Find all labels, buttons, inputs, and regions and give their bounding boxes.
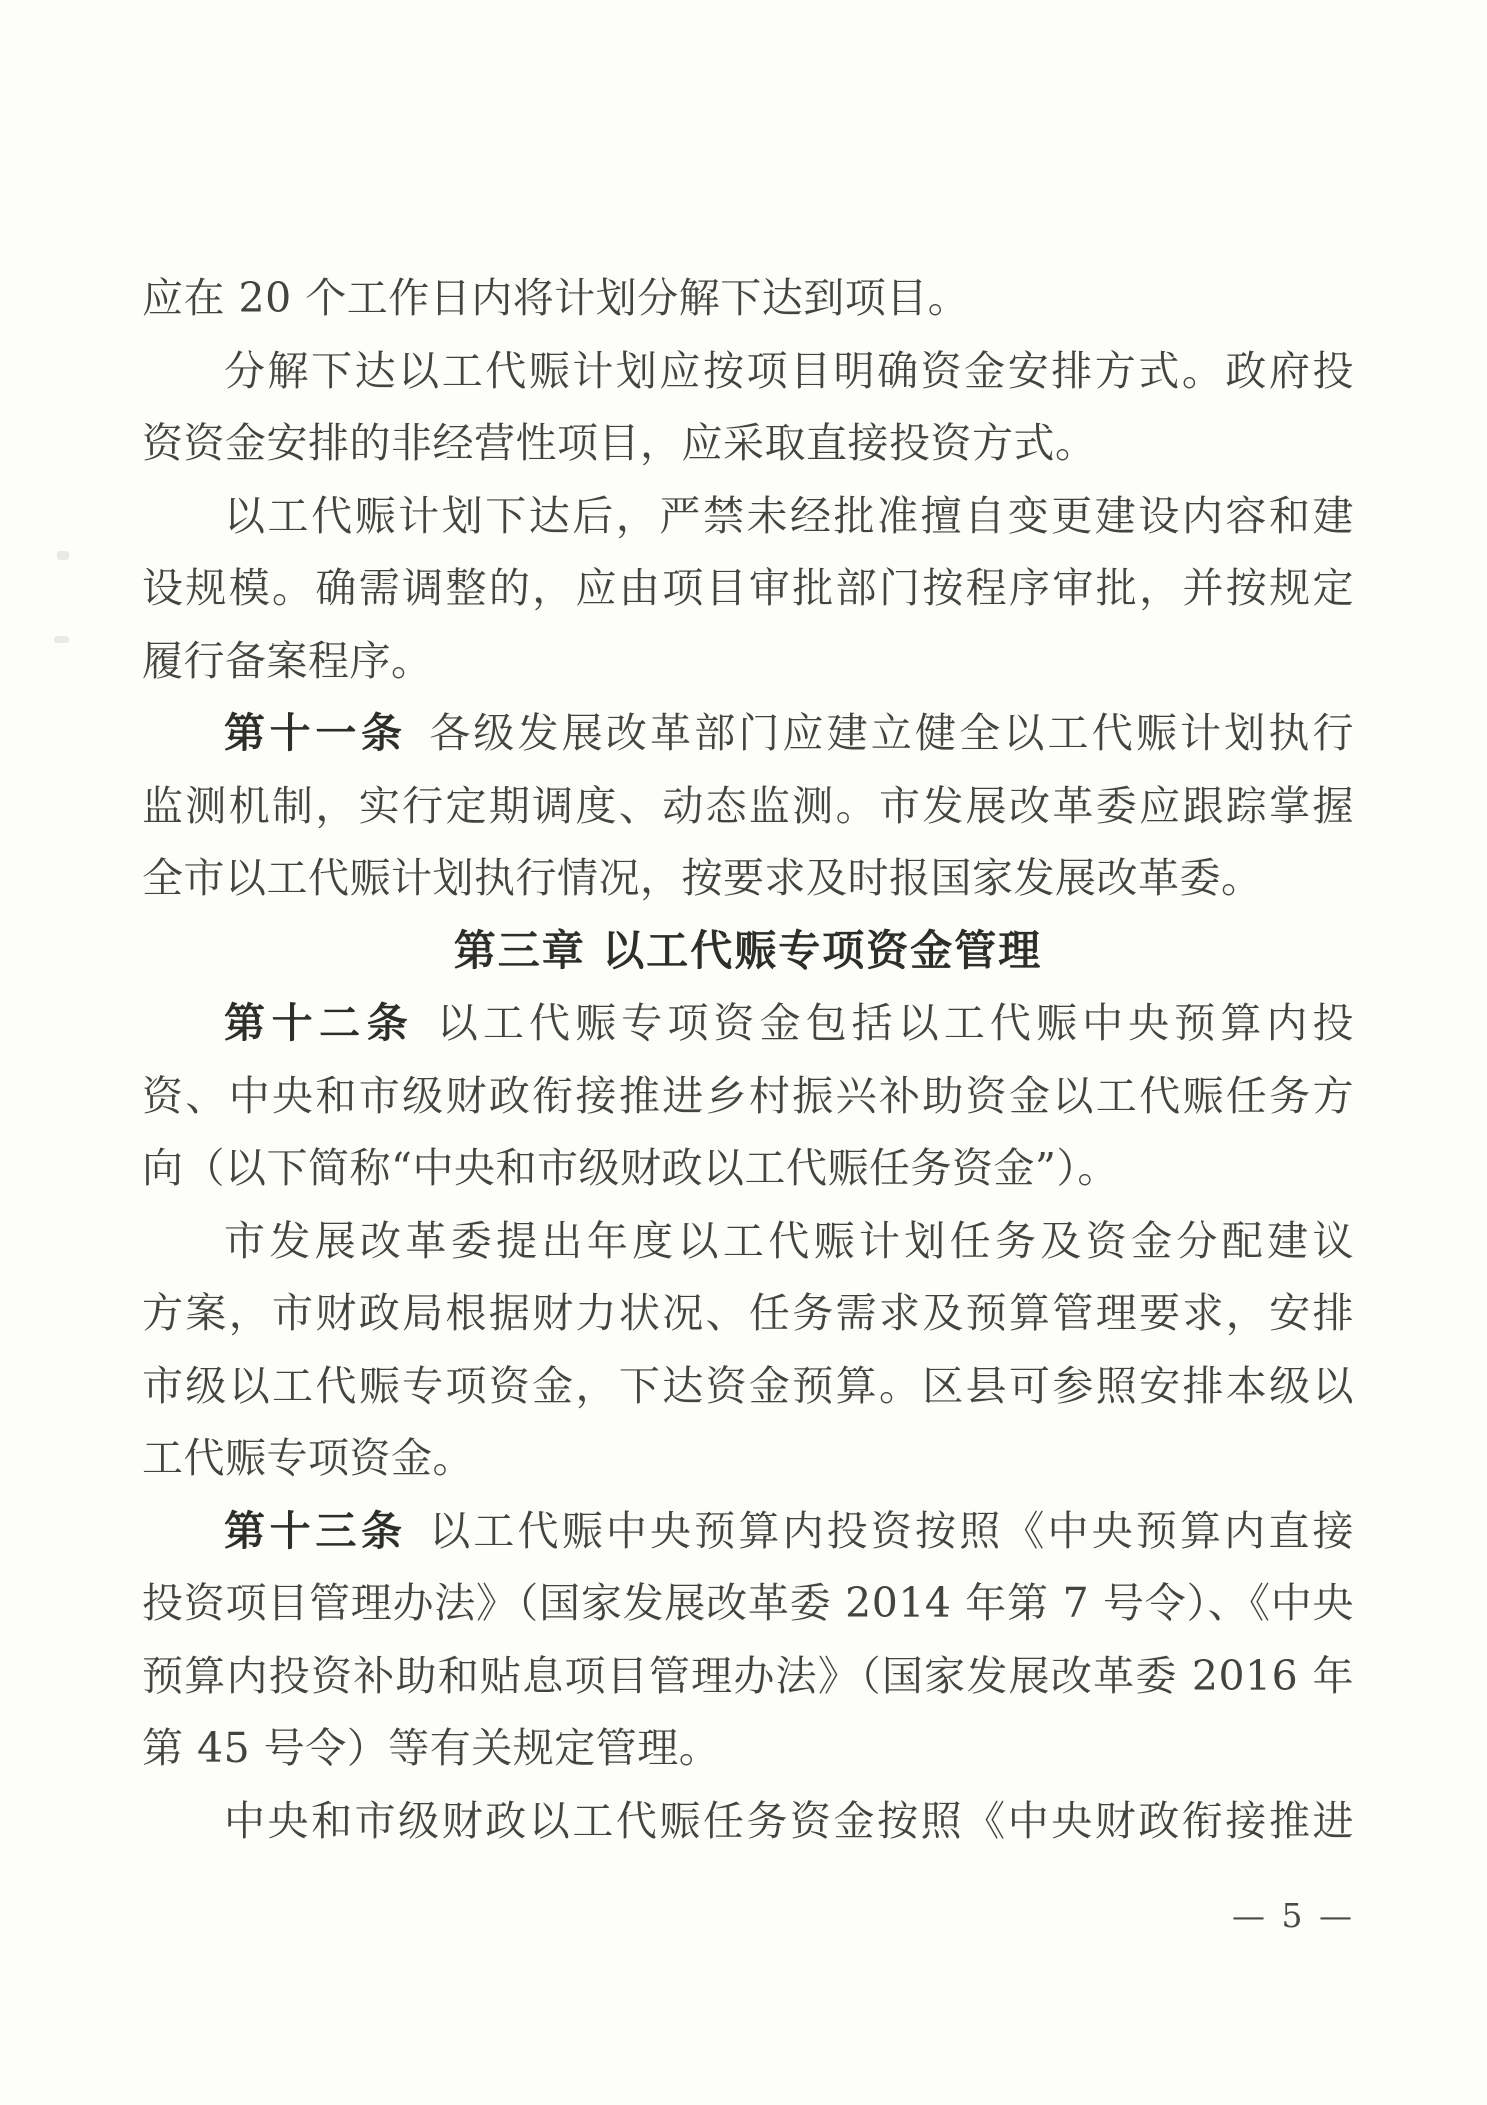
body-text-line: 应在 20 个工作日内将计划分解下达到项目。 [142,262,1354,335]
body-text-line: 向（以下简称“中央和市级财政以工代赈任务资金”）。 [142,1132,1354,1205]
body-text-line: 资资金安排的非经营性项目，应采取直接投资方式。 [142,407,1354,480]
body-text-line: 设规模。确需调整的，应由项目审批部门按程序审批，并按规定 [142,552,1354,625]
body-text-line: 方案，市财政局根据财力状况、任务需求及预算管理要求，安排 [142,1277,1354,1350]
body-text-line: 中央和市级财政以工代赈任务资金按照《中央财政衔接推进 [142,1785,1354,1858]
article-text: 以工代赈专项资金包括以工代赈中央预算内投 [437,999,1354,1047]
body-text-line: 资、中央和市级财政衔接推进乡村振兴补助资金以工代赈任务方 [142,1060,1354,1133]
body-text-line: 第 45 号令）等有关规定管理。 [142,1712,1354,1785]
body-text-line: 全市以工代赈计划执行情况，按要求及时报国家发展改革委。 [142,842,1354,915]
body-text-line: 投资项目管理办法》（国家发展改革委 2014 年第 7 号令）、《中央 [142,1567,1354,1640]
article-text: 以工代赈中央预算内投资按照《中央预算内直接 [429,1507,1354,1555]
page-number: — 5 — [1190,1893,1355,1939]
body-text-line: 工代赈专项资金。 [142,1422,1354,1495]
body-text-line: 第十一条各级发展改革部门应建立健全以工代赈计划执行 [142,697,1354,770]
body-text-line: 履行备案程序。 [142,625,1354,698]
chapter-heading: 第三章 以工代赈专项资金管理 [142,915,1354,988]
body-text-line: 市发展改革委提出年度以工代赈计划任务及资金分配建议 [142,1205,1354,1278]
document-body-text: 应在 20 个工作日内将计划分解下达到项目。分解下达以工代赈计划应按项目明确资金… [142,262,1354,1857]
article-number-term: 第十三条 [224,1507,407,1555]
body-text-line: 第十三条以工代赈中央预算内投资按照《中央预算内直接 [142,1495,1354,1568]
article-text: 各级发展改革部门应建立健全以工代赈计划执行 [429,709,1354,757]
document-page: 应在 20 个工作日内将计划分解下达到项目。分解下达以工代赈计划应按项目明确资金… [0,0,1487,2105]
article-number-term: 第十二条 [224,999,414,1047]
body-text-line: 市级以工代赈专项资金，下达资金预算。区县可参照安排本级以 [142,1350,1354,1423]
body-text-line: 分解下达以工代赈计划应按项目明确资金安排方式。政府投 [142,335,1354,408]
scan-artifact [54,636,69,643]
body-text-line: 预算内投资补助和贴息项目管理办法》（国家发展改革委 2016 年 [142,1640,1354,1713]
body-text-line: 第十二条以工代赈专项资金包括以工代赈中央预算内投 [142,987,1354,1060]
body-text-line: 监测机制，实行定期调度、动态监测。市发展改革委应跟踪掌握 [142,770,1354,843]
article-number-term: 第十一条 [224,709,407,757]
body-text-line: 以工代赈计划下达后，严禁未经批准擅自变更建设内容和建 [142,480,1354,553]
scan-artifact [57,551,69,560]
